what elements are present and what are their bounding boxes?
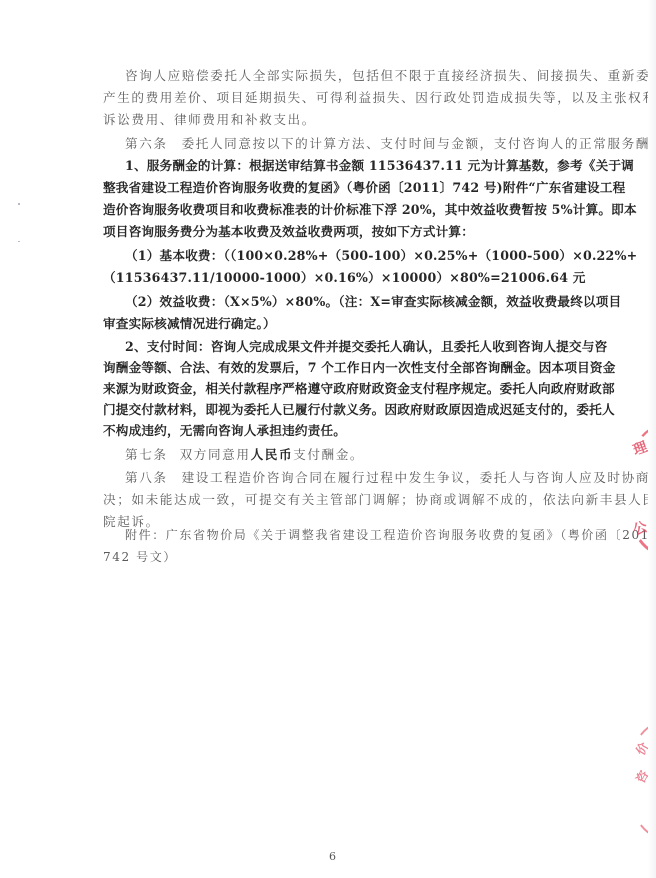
- article-8-line-1: 第八条建设工程造价咨询合同在履行过程中发生争议，委托人与咨询人应及时协商解: [125, 470, 587, 486]
- attachment-line-2: 742 号文）: [103, 549, 565, 565]
- item-2-line-3: 来源为财政资金，相关付款程序严格遵守政府财政资金支付程序规定。委托人向政府财政部: [103, 381, 565, 397]
- scan-edge-shadow: [648, 0, 656, 878]
- article-7-text-after: 支付酬金。: [293, 447, 364, 462]
- page-number: 6: [329, 850, 336, 863]
- paragraph-losses-line-3: 诉讼费用、律师费用和补救支出。: [103, 112, 565, 128]
- benefit-fee-line-1: （2）效益收费：（X×5%）×80%。（注：X=审查实际核减金额，效益收费最终以…: [125, 294, 587, 310]
- paragraph-losses-line-1: 咨询人应赔偿委托人全部实际损失，包括但不限于直接经济损失、间接损失、重新委托: [125, 68, 587, 84]
- seal-char: 理: [630, 436, 650, 460]
- article-7-text-before: 双方同意用: [180, 447, 251, 462]
- benefit-fee-line-2: 审查实际核减情况进行确定。）: [103, 316, 565, 332]
- paragraph-losses-line-2: 产生的费用差价、项目延期损失、可得利益损失、因行政处罚造成损失等，以及主张权利的: [103, 90, 565, 106]
- article-6-label: 第六条: [125, 136, 168, 151]
- basic-fee-line-1: （1）基本收费：（（100×0.28%+（500-100）×0.25%+（100…: [125, 248, 587, 264]
- item-1-line-2: 整我省建设工程造价咨询服务收费的复函》（粤价函〔2011〕742 号)附件“广东…: [103, 180, 565, 196]
- article-8-label: 第八条: [125, 470, 168, 485]
- item-1-line-3: 造价咨询服务收费项目和收费标准表的计价标准下浮 20%，其中效益收费暂按 5%计…: [103, 202, 565, 218]
- attachment-line-1: 附件：广东省物价局《关于调整我省建设工程造价咨询服务收费的复函》（粤价函〔201…: [125, 527, 587, 543]
- article-7-currency: 人民币: [251, 447, 294, 462]
- item-2-line-5: 不构成违约，无需向咨询人承担违约责任。: [103, 423, 565, 439]
- article-6: 第六条委托人同意按以下的计算方法、支付时间与金额，支付咨询人的正常服务酬金：: [125, 136, 587, 152]
- scan-speck: [18, 203, 20, 205]
- document-page: 咨询人应赔偿委托人全部实际损失，包括但不限于直接经济损失、间接损失、重新委托 产…: [0, 0, 656, 878]
- article-8-text: 建设工程造价咨询合同在履行过程中发生争议，委托人与咨询人应及时协商解: [182, 470, 656, 485]
- item-1-line-1: 1、服务酬金的计算：根据送审结算书金额 11536437.11 元为计算基数，参…: [125, 158, 587, 174]
- article-6-text: 委托人同意按以下的计算方法、支付时间与金额，支付咨询人的正常服务酬金：: [182, 136, 656, 151]
- basic-fee-line-2: （11536437.11/10000-1000）×0.16%）×10000）×8…: [103, 270, 565, 286]
- item-2-line-4: 门提交付款材料，即视为委托人已履行付款义务。因政府财政原因造成迟延支付的，委托人: [103, 402, 565, 418]
- scan-speck: [18, 241, 20, 242]
- item-1-line-4: 项目咨询服务费分为基本收费及效益收费两项，按如下方式计算：: [103, 224, 565, 240]
- article-7: 第七条双方同意用人民币支付酬金。: [125, 447, 587, 463]
- item-2-line-2: 询酬金等额、合法、有效的发票后，7 个工作日内一次性支付全部咨询酬金。因本项目资…: [103, 360, 565, 376]
- item-2-line-1: 2、支付时间：咨询人完成成果文件并提交委托人确认，且委托人收到咨询人提交与咨: [125, 339, 587, 355]
- article-8-line-2: 决；如未能达成一致，可提交有关主管部门调解；协商或调解不成的，依法向新丰县人民法: [103, 492, 565, 508]
- article-7-label: 第七条: [125, 447, 168, 462]
